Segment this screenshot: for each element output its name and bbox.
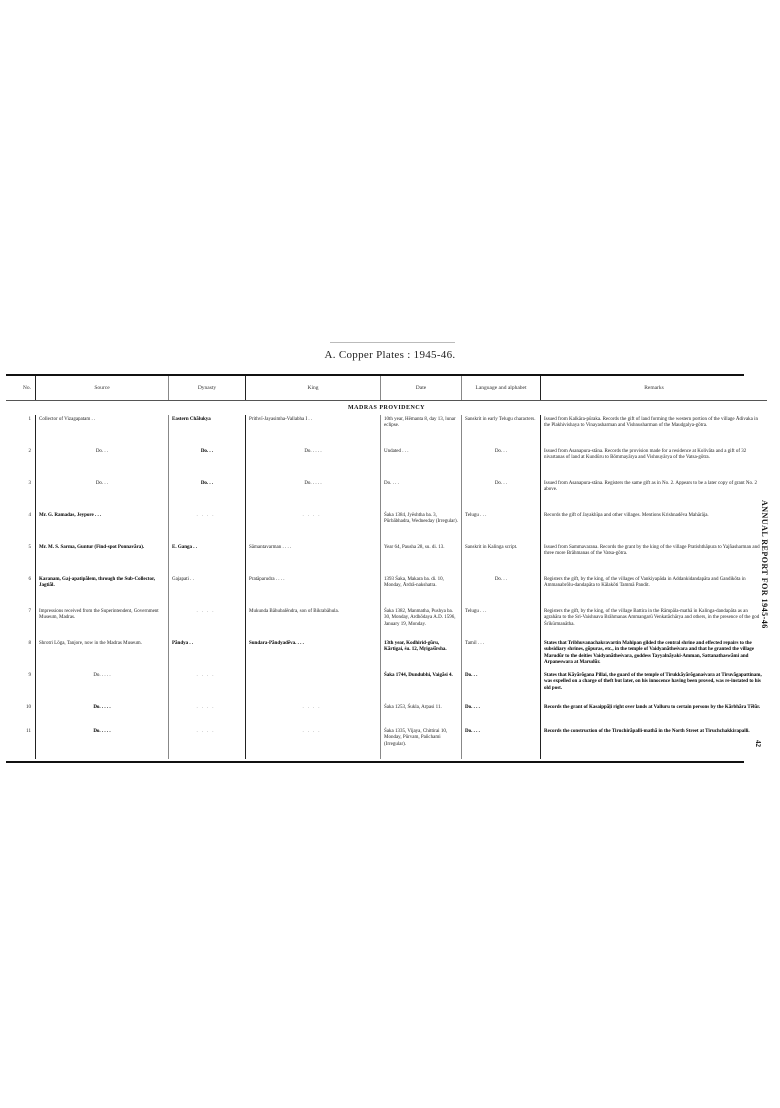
cell-remarks: Registers the gift, by the king, of the … bbox=[541, 607, 768, 639]
header-row: No. Source Dynasty King Date Language an… bbox=[6, 376, 767, 401]
cell-remarks: Registers the gift, by the king, of the … bbox=[541, 575, 768, 607]
cell-no: 10 bbox=[6, 703, 36, 727]
cell-source: Collector of Vizagapatam . . bbox=[36, 415, 169, 447]
cell-no: 7 bbox=[6, 607, 36, 639]
header-no: No. bbox=[6, 376, 36, 401]
header-remarks: Remarks bbox=[541, 376, 768, 401]
cell-dynasty: .... bbox=[169, 671, 246, 703]
cell-dynasty: .... bbox=[169, 703, 246, 727]
table-row: 10 Do. . . . . .... .... Śaka 1253, Śukl… bbox=[6, 703, 767, 727]
cell-king: Do. . . . . bbox=[246, 447, 381, 479]
title-rule bbox=[330, 342, 455, 343]
cell-language: Sanskrit in early Telugu characters. bbox=[462, 415, 541, 447]
cell-remarks: Records the construction of the Tiruchir… bbox=[541, 727, 768, 759]
cell-language: Do. . . bbox=[462, 671, 541, 703]
cell-dynasty: .... bbox=[169, 511, 246, 543]
cell-language: Sanskrit in Kalinga script. bbox=[462, 543, 541, 575]
cell-date: Śaka 1744, Dundubhi, Vaigāsi 4. bbox=[381, 671, 462, 703]
header-date: Date bbox=[381, 376, 462, 401]
cell-source: Mr. G. Ramadas, Jeypore . . . bbox=[36, 511, 169, 543]
cell-no: 3 bbox=[6, 479, 36, 511]
cell-remarks: Records the gift of Jayakhīpa and other … bbox=[541, 511, 768, 543]
cell-no: 8 bbox=[6, 639, 36, 671]
table-row: 11 Do. . . . . .... .... Śaka 1335, Vija… bbox=[6, 727, 767, 759]
cell-language: Telugu . . . bbox=[462, 607, 541, 639]
cell-king: .... bbox=[246, 511, 381, 543]
cell-remarks: Issued from Asanapura-stāna. Registers t… bbox=[541, 479, 768, 511]
cell-date: Śaka 1335, Vijaya, Chittirai 10, Monday,… bbox=[381, 727, 462, 759]
copper-plates-table: No. Source Dynasty King Date Language an… bbox=[6, 374, 744, 763]
cell-dynasty: Do. . . bbox=[169, 447, 246, 479]
cell-date: Śaka 1382, Manmatha, Pushya ba. 30, Mond… bbox=[381, 607, 462, 639]
table-row: 5 Mr. M. S. Sarma, Guntur (Find-spot Pon… bbox=[6, 543, 767, 575]
table-row: 7 Impressions received from the Superint… bbox=[6, 607, 767, 639]
cell-source: Do. . . bbox=[36, 447, 169, 479]
cell-dynasty: E. Ganga . . bbox=[169, 543, 246, 575]
page-number: 42 bbox=[754, 740, 762, 747]
cell-source: Do. . . . . bbox=[36, 727, 169, 759]
table-row: 9 Do. . . . . .... Śaka 1744, Dundubhi, … bbox=[6, 671, 767, 703]
section-row: MADRAS PROVIDENCY bbox=[6, 401, 767, 416]
cell-language: Do. . . . bbox=[462, 703, 541, 727]
cell-date: 10th year, Hēmanta 8, day 13, lunar ecli… bbox=[381, 415, 462, 447]
cell-dynasty: .... bbox=[169, 727, 246, 759]
cell-king: Mukunda Bāhubalēndra, son of Bikrabāhula… bbox=[246, 607, 381, 639]
cell-remarks: Issued from Sammavarana. Records the gra… bbox=[541, 543, 768, 575]
cell-date: Śaka 1253, Śukla, Arpasi 11. bbox=[381, 703, 462, 727]
cell-remarks: Issued from Asanapura-stāna. Records the… bbox=[541, 447, 768, 479]
cell-language: Do. . . . bbox=[462, 727, 541, 759]
cell-language: Do. . . bbox=[462, 575, 541, 607]
cell-language: Do. . . bbox=[462, 479, 541, 511]
table-row: 3 Do. . . Do. . . Do. . . . . Do. . . . … bbox=[6, 479, 767, 511]
section-heading: MADRAS PROVIDENCY bbox=[6, 401, 767, 416]
bottom-rule bbox=[6, 761, 744, 763]
cell-no: 5 bbox=[6, 543, 36, 575]
cell-language: Telugu . . . bbox=[462, 511, 541, 543]
cell-no: 11 bbox=[6, 727, 36, 759]
table-row: 1 Collector of Vizagapatam . . Eastern C… bbox=[6, 415, 767, 447]
cell-date: Year 64, Pausha 28, su. di. 13. bbox=[381, 543, 462, 575]
cell-source: Karanam, Gaj-apatipālem, through the Sub… bbox=[36, 575, 169, 607]
cell-dynasty: .... bbox=[169, 607, 246, 639]
cell-date: 1393 Śaka, Makara ba. di. 10, Monday, Ār… bbox=[381, 575, 462, 607]
cell-source: Impressions received from the Superinten… bbox=[36, 607, 169, 639]
cell-king: Prithvī-Jayasimha-Vallabha I . . bbox=[246, 415, 381, 447]
cell-remarks: States that Kāyārōgana Pillai, the guard… bbox=[541, 671, 768, 703]
cell-king: Sāmantavarman . . . . bbox=[246, 543, 381, 575]
cell-king: .... bbox=[246, 727, 381, 759]
header-source: Source bbox=[36, 376, 169, 401]
cell-dynasty: Gajapati . . bbox=[169, 575, 246, 607]
cell-language: Do. . . bbox=[462, 447, 541, 479]
page-title: A. Copper Plates : 1945-46. bbox=[0, 349, 780, 361]
cell-remarks: States that Tribhuvanachakravartin Mahip… bbox=[541, 639, 768, 671]
header-dynasty: Dynasty bbox=[169, 376, 246, 401]
cell-date: Do. . . . bbox=[381, 479, 462, 511]
cell-source: Shrotri Lōga, Tanjore, now in the Madras… bbox=[36, 639, 169, 671]
cell-date: Śaka 1384, Jyēshtha ba. 3, Pūrbābhadra, … bbox=[381, 511, 462, 543]
table-row: 2 Do. . . Do. . . Do. . . . . Undated . … bbox=[6, 447, 767, 479]
header-king: King bbox=[246, 376, 381, 401]
cell-source: Do. . . bbox=[36, 479, 169, 511]
cell-source: Do. . . . . bbox=[36, 703, 169, 727]
cell-language: Tamil . . . bbox=[462, 639, 541, 671]
cell-king: Do. . . . . bbox=[246, 479, 381, 511]
cell-king: .... bbox=[246, 703, 381, 727]
cell-source: Do. . . . . bbox=[36, 671, 169, 703]
cell-no: 1 bbox=[6, 415, 36, 447]
cell-no: 6 bbox=[6, 575, 36, 607]
running-head: ANNUAL REPORT FOR 1945-46 bbox=[755, 500, 769, 720]
cell-dynasty: Eastern Chālukya bbox=[169, 415, 246, 447]
cell-remarks: Issued from Kalkāra-pūraka. Records the … bbox=[541, 415, 768, 447]
table-row: 8 Shrotri Lōga, Tanjore, now in the Madr… bbox=[6, 639, 767, 671]
cell-source: Mr. M. S. Sarma, Guntur (Find-spot Ponna… bbox=[36, 543, 169, 575]
header-language: Language and alphabet bbox=[462, 376, 541, 401]
cell-date: 13th year, Kodhirid-gūru, Kārtigai, śu. … bbox=[381, 639, 462, 671]
cell-no: 9 bbox=[6, 671, 36, 703]
cell-no: 4 bbox=[6, 511, 36, 543]
cell-king bbox=[246, 671, 381, 703]
cell-remarks: Records the grant of Kasaippāḷi right ov… bbox=[541, 703, 768, 727]
cell-dynasty: Do. . . bbox=[169, 479, 246, 511]
table-row: 4 Mr. G. Ramadas, Jeypore . . . .... ...… bbox=[6, 511, 767, 543]
table-row: 6 Karanam, Gaj-apatipālem, through the S… bbox=[6, 575, 767, 607]
cell-no: 2 bbox=[6, 447, 36, 479]
cell-date: Undated . . . bbox=[381, 447, 462, 479]
cell-dynasty: Pāndya . . bbox=[169, 639, 246, 671]
cell-king: Pratāparudra . . . . bbox=[246, 575, 381, 607]
cell-king: Sundara-Pāndyadēva. . . . bbox=[246, 639, 381, 671]
